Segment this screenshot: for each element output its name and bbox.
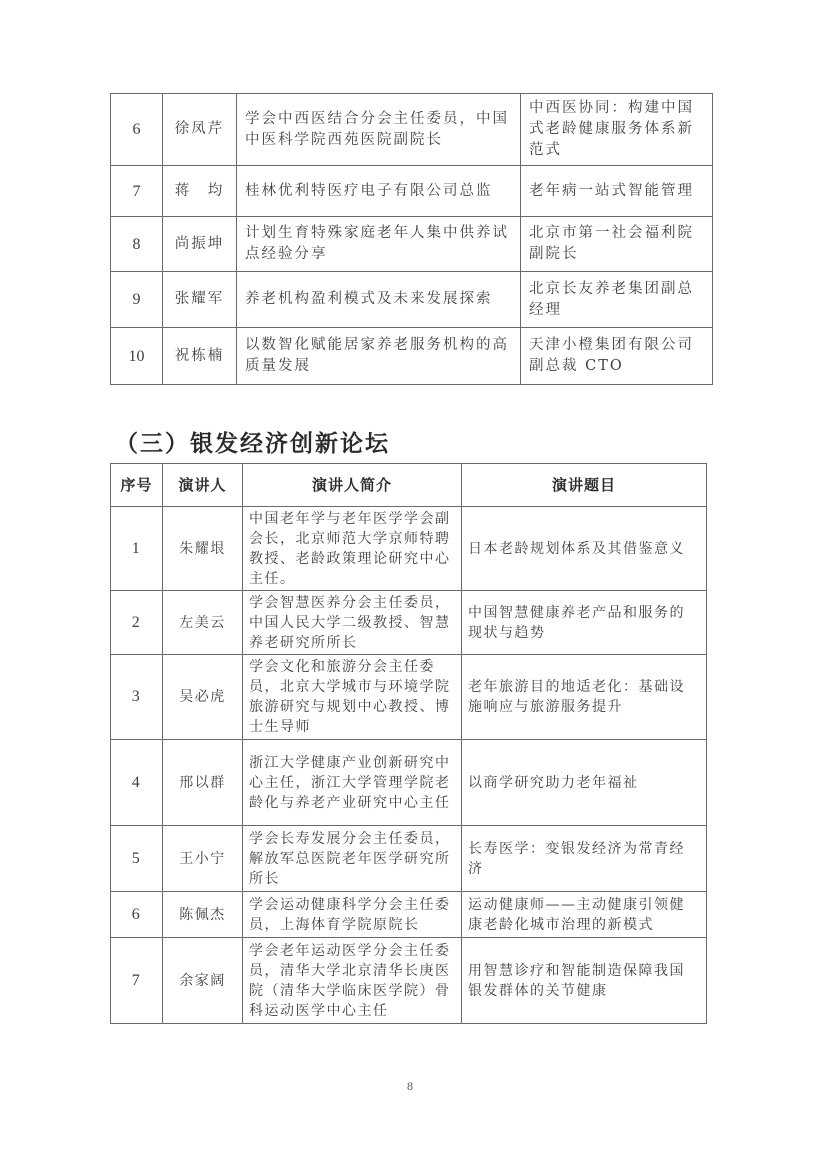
page-number: 8: [0, 1079, 820, 1094]
silver-economy-forum-table: 序号 演讲人 演讲人简介 演讲题目 1 朱耀垠 中国老年学与老年医学学会副会长，…: [110, 463, 707, 1024]
speaker-name: 邢以群: [163, 740, 243, 826]
speaker-intro: 学会智慧医养分会主任委员，中国人民大学二级教授、智慧养老研究所所长: [243, 591, 462, 655]
table-row: 3 吴必虎 学会文化和旅游分会主任委员，北京大学城市与环境学院旅游研究与规划中心…: [111, 655, 707, 740]
row-number: 6: [111, 94, 163, 166]
speaker-intro: 桂林优利特医疗电子有限公司总监: [237, 166, 521, 217]
table-header-row: 序号 演讲人 演讲人简介 演讲题目: [111, 464, 707, 507]
speaker-name: 左美云: [163, 591, 243, 655]
row-number: 9: [111, 272, 163, 328]
speech-topic: 老年病一站式智能管理: [521, 166, 713, 217]
speaker-name: 王小宁: [163, 826, 243, 892]
table-row: 1 朱耀垠 中国老年学与老年医学学会副会长，北京师范大学京师特聘教授、老龄政策理…: [111, 507, 707, 591]
speaker-name: 徐凤芹: [163, 94, 237, 166]
speech-topic: 中西医协同：构建中国式老龄健康服务体系新范式: [521, 94, 713, 166]
speaker-name: 吴必虎: [163, 655, 243, 740]
table-row: 10 祝栋楠 以数智化赋能居家养老服务机构的高质量发展 天津小橙集团有限公司副总…: [111, 328, 713, 385]
row-number: 7: [111, 166, 163, 217]
speech-topic: 老年旅游目的地适老化：基础设施响应与旅游服务提升: [462, 655, 707, 740]
column-header-speaker: 演讲人: [163, 464, 243, 507]
column-header-intro: 演讲人简介: [243, 464, 462, 507]
row-number: 6: [111, 892, 163, 938]
table-row: 4 邢以群 浙江大学健康产业创新研究中心主任，浙江大学管理学院老龄化与养老产业研…: [111, 740, 707, 826]
row-number: 5: [111, 826, 163, 892]
speech-topic: 日本老龄规划体系及其借鉴意义: [462, 507, 707, 591]
speaker-name: 蒋 均: [163, 166, 237, 217]
column-header-topic: 演讲题目: [462, 464, 707, 507]
table-row: 9 张耀军 养老机构盈利模式及未来发展探索 北京长友养老集团副总经理: [111, 272, 713, 328]
speaker-name: 朱耀垠: [163, 507, 243, 591]
speaker-intro: 计划生育特殊家庭老年人集中供养试点经验分享: [237, 217, 521, 272]
speaker-intro: 以数智化赋能居家养老服务机构的高质量发展: [237, 328, 521, 385]
speech-topic: 北京市第一社会福利院副院长: [521, 217, 713, 272]
section-title: （三）银发经济创新论坛: [115, 425, 390, 458]
table-row: 8 尚振坤 计划生育特殊家庭老年人集中供养试点经验分享 北京市第一社会福利院副院…: [111, 217, 713, 272]
table-row: 7 蒋 均 桂林优利特医疗电子有限公司总监 老年病一站式智能管理: [111, 166, 713, 217]
speech-topic: 长寿医学：变银发经济为常青经济: [462, 826, 707, 892]
speaker-name: 余家阔: [163, 938, 243, 1024]
speaker-intro: 浙江大学健康产业创新研究中心主任，浙江大学管理学院老龄化与养老产业研究中心主任: [243, 740, 462, 826]
table-row: 2 左美云 学会智慧医养分会主任委员，中国人民大学二级教授、智慧养老研究所所长 …: [111, 591, 707, 655]
row-number: 7: [111, 938, 163, 1024]
speech-topic: 中国智慧健康养老产品和服务的现状与趋势: [462, 591, 707, 655]
speech-topic: 用智慧诊疗和智能制造保障我国银发群体的关节健康: [462, 938, 707, 1024]
speech-topic: 运动健康师——主动健康引领健康老龄化城市治理的新模式: [462, 892, 707, 938]
speech-topic: 以商学研究助力老年福祉: [462, 740, 707, 826]
speech-topic: 北京长友养老集团副总经理: [521, 272, 713, 328]
row-number: 2: [111, 591, 163, 655]
speech-topic: 天津小橙集团有限公司副总裁 CTO: [521, 328, 713, 385]
speaker-name: 张耀军: [163, 272, 237, 328]
row-number: 10: [111, 328, 163, 385]
speaker-intro: 学会运动健康科学分会主任委员，上海体育学院原院长: [243, 892, 462, 938]
row-number: 3: [111, 655, 163, 740]
speaker-name: 祝栋楠: [163, 328, 237, 385]
speaker-name: 陈佩杰: [163, 892, 243, 938]
row-number: 4: [111, 740, 163, 826]
speaker-intro: 学会长寿发展分会主任委员，解放军总医院老年医学研究所所长: [243, 826, 462, 892]
speaker-table-continued: 6 徐凤芹 学会中西医结合分会主任委员，中国中医科学院西苑医院副院长 中西医协同…: [110, 93, 713, 385]
table-row: 7 余家阔 学会老年运动医学分会主任委员，清华大学北京清华长庚医院（清华大学临床…: [111, 938, 707, 1024]
speaker-intro: 中国老年学与老年医学学会副会长，北京师范大学京师特聘教授、老龄政策理论研究中心主…: [243, 507, 462, 591]
table-row: 6 徐凤芹 学会中西医结合分会主任委员，中国中医科学院西苑医院副院长 中西医协同…: [111, 94, 713, 166]
speaker-intro: 学会中西医结合分会主任委员，中国中医科学院西苑医院副院长: [237, 94, 521, 166]
speaker-intro: 养老机构盈利模式及未来发展探索: [237, 272, 521, 328]
speaker-intro: 学会文化和旅游分会主任委员，北京大学城市与环境学院旅游研究与规划中心教授、博士生…: [243, 655, 462, 740]
row-number: 8: [111, 217, 163, 272]
speaker-name: 尚振坤: [163, 217, 237, 272]
column-header-number: 序号: [111, 464, 163, 507]
row-number: 1: [111, 507, 163, 591]
table-row: 5 王小宁 学会长寿发展分会主任委员，解放军总医院老年医学研究所所长 长寿医学：…: [111, 826, 707, 892]
speaker-intro: 学会老年运动医学分会主任委员，清华大学北京清华长庚医院（清华大学临床医学院）骨科…: [243, 938, 462, 1024]
table-row: 6 陈佩杰 学会运动健康科学分会主任委员，上海体育学院原院长 运动健康师——主动…: [111, 892, 707, 938]
